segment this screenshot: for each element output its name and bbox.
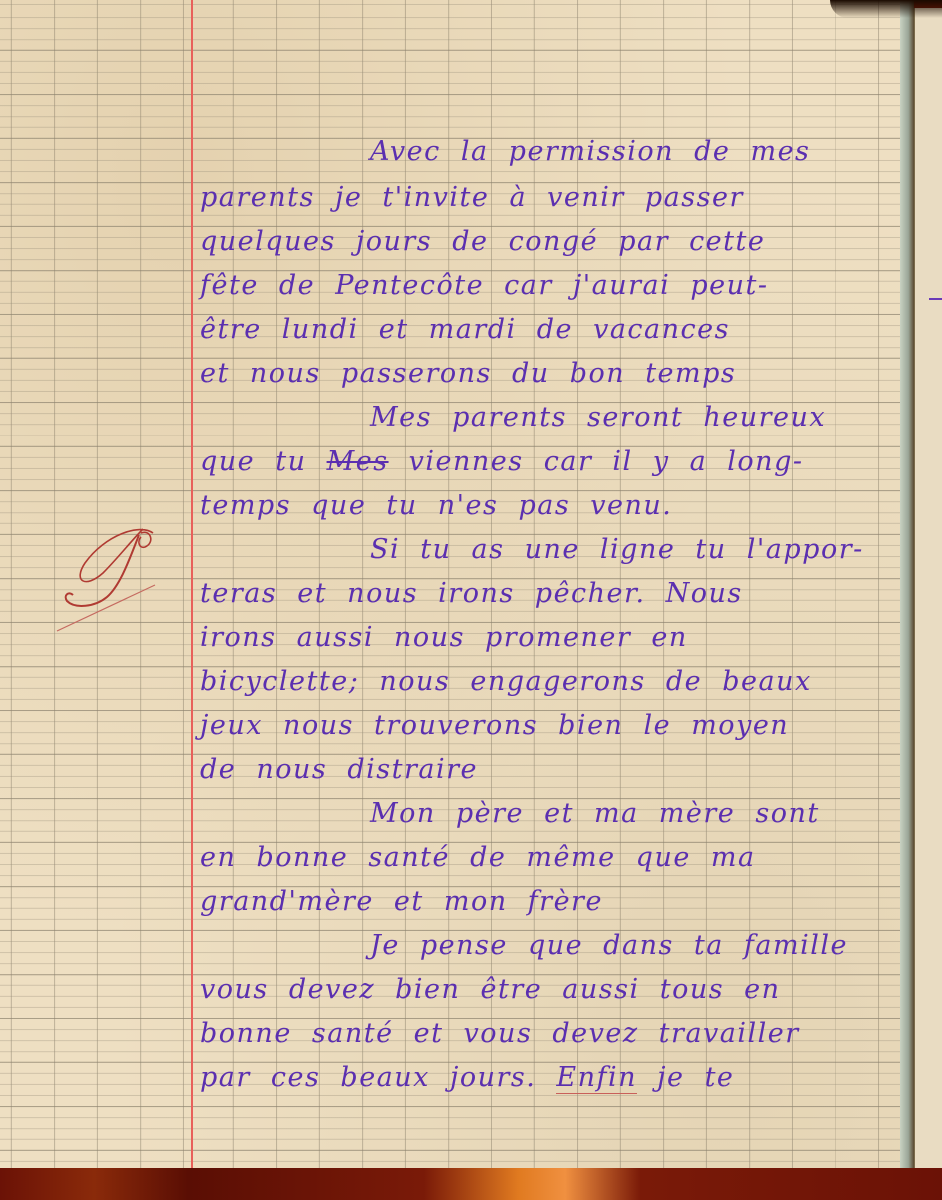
letter-line: que tu Mes viennes car il y a long- [200,440,900,484]
letter-line: quelques jours de congé par cette [200,220,900,264]
line-segment: par ces beaux jours. [200,1062,536,1093]
letter-line: jeux nous trouverons bien le moyen [200,704,900,748]
letter-line: Mon père et ma mère sont [200,792,900,836]
notebook-cover-edge [0,1168,942,1200]
top-corner-shadow [830,0,942,18]
notebook-page: Avec la permission de mes parents je t'i… [0,0,910,1168]
adjacent-page-edge [914,8,942,1168]
margin-p-annotation-icon [55,515,165,635]
ink-dash-mark [929,298,942,300]
letter-line: en bonne santé de même que ma [200,836,900,880]
letter-line: teras et nous irons pêcher. Nous [200,572,900,616]
notebook-spine [900,0,914,1168]
letter-line: bicyclette; nous engagerons de beaux [200,660,900,704]
letter-line: parents je t'invite à venir passer [200,176,900,220]
letter-line: vous devez bien être aussi tous en [200,968,900,1012]
letter-line: temps que tu n'es pas venu. [200,484,900,528]
letter-line: de nous distraire [200,748,900,792]
letter-line: Si tu as une ligne tu l'appor- [200,528,900,572]
red-margin-line [191,0,193,1168]
struck-word: Mes [327,446,389,477]
letter-line: et nous passerons du bon temps [200,352,900,396]
letter-line: irons aussi nous promener en [200,616,900,660]
letter-line: être lundi et mardi de vacances [200,308,900,352]
letter-line: Je pense que dans ta famille [200,924,900,968]
letter-line: fête de Pentecôte car j'aurai peut- [200,264,900,308]
letter-line: Avec la permission de mes [200,130,900,174]
letter-line: par ces beaux jours. Enfin je te [200,1056,900,1100]
letter-line: bonne santé et vous devez travailler [200,1012,900,1056]
line-segment: viennes car il y a long- [409,446,804,477]
underlined-word: Enfin [556,1062,637,1094]
letter-line: grand'mère et mon frère [200,880,900,924]
letter-line: Mes parents seront heureux [200,396,900,440]
line-segment: je te [657,1062,734,1093]
line-segment: que tu [200,446,306,477]
